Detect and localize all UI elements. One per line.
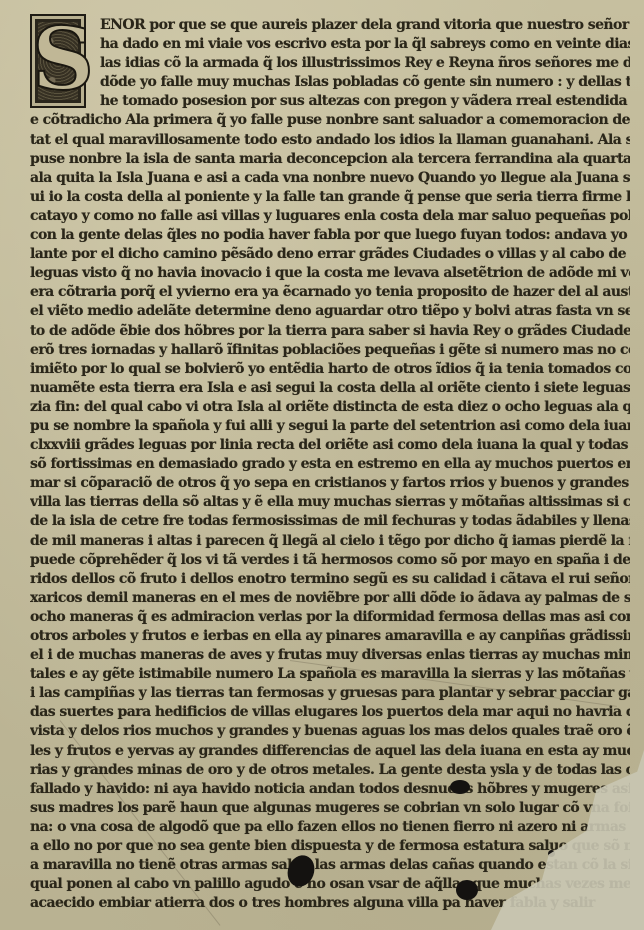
text-line: de mil maneras i altas i parecen q̃ lleg… xyxy=(30,532,630,551)
text-line: catayo y como no falle asi villas y lugu… xyxy=(30,207,630,226)
text-line: mar si cõparaciõ de otros q̃ yo sepa en … xyxy=(30,474,630,493)
text-line: clxxviii grãdes leguas por linia recta d… xyxy=(30,436,630,455)
text-line: imiẽto por lo qual se bolvierõ yo entẽdi… xyxy=(30,360,630,379)
text-line: ui io la costa della al poniente y la fa… xyxy=(30,188,630,207)
text-line: e cõtradicho Ala primera q̃ yo falle pus… xyxy=(30,111,630,130)
text-line: el viẽto medio adelãte determine deno ag… xyxy=(30,302,630,321)
text-line: xaricos demil maneras en el mes de noviẽ… xyxy=(30,589,630,608)
parchment-page: S ENOR por que se que aureis plazer dela… xyxy=(0,0,644,930)
text-line: les y frutos e yervas ay grandes differe… xyxy=(30,742,630,761)
ink-blot xyxy=(456,880,478,900)
text-line: rias y grandes minas de oro y de otros m… xyxy=(30,761,630,780)
text-line: de la isla de cetre fre todas fermosissi… xyxy=(30,512,630,531)
text-line: erõ tres iornadas y hallarõ ĩfinitas pob… xyxy=(30,341,630,360)
text-line: tat el qual maravillosamente todo esto a… xyxy=(30,131,630,150)
text-line: ridos dellos cõ fruto i dellos enotro te… xyxy=(30,570,630,589)
text-line: puse nonbre la isla de santa maria decon… xyxy=(30,150,630,169)
text-line: a ello no por que no sea gente bien disp… xyxy=(30,837,630,856)
text-line: ocho maneras q̃ es admiracion verlas por… xyxy=(30,608,630,627)
text-line: con la gente delas q̃les no podia haver … xyxy=(30,226,630,245)
text-line: era cõtraria porq̃ el yvierno era ya ẽca… xyxy=(30,283,630,302)
text-line: ENOR por que se que aureis plazer dela g… xyxy=(30,16,630,35)
text-line: das suertes para hedificios de villas el… xyxy=(30,703,630,722)
text-line: pu se nombre la spañola y fui alli y seg… xyxy=(30,417,630,436)
text-line: he tomado posesion por sus altezas con p… xyxy=(30,92,630,111)
text-line: sõ fortissimas en demasiado grado y esta… xyxy=(30,455,630,474)
text-line: sus madres los parẽ haun que algunas mug… xyxy=(30,799,630,818)
text-line: zia fin: del qual cabo vi otra Isla al o… xyxy=(30,398,630,417)
text-line: leguas visto q̃ no havia inovacio i que … xyxy=(30,264,630,283)
text-line: a maravilla no tienẽ otras armas saluo l… xyxy=(30,856,630,875)
text-line: fallado y havido: ni aya havido noticia … xyxy=(30,780,630,799)
text-line: villa las tierras della sõ altas y ẽ ell… xyxy=(30,493,630,512)
ink-blot xyxy=(450,780,470,794)
text-line: vista y delos rios muchos y grandes y bu… xyxy=(30,722,630,741)
text-line: ala quita la Isla Juana e asi a cada vna… xyxy=(30,169,630,188)
text-line: otros arboles y frutos e ierbas en ella … xyxy=(30,627,630,646)
text-line: i las campiñas y las tierras tan fermosa… xyxy=(30,684,630,703)
text-line: dõde yo falle muy muchas Islas pobladas … xyxy=(30,73,630,92)
text-line: nuamẽte esta tierra era Isla e asi segui… xyxy=(30,379,630,398)
text-line: puede cõprehẽder q̃ los vi tã verdes i t… xyxy=(30,551,630,570)
text-line: na: o vna cosa de algodõ que pa ello faz… xyxy=(30,818,630,837)
text-line: las idias cõ la armada q̃ los illustriss… xyxy=(30,54,630,73)
text-line: ha dado en mi viaie vos escrivo esta por… xyxy=(30,35,630,54)
text-line: tales e ay gẽte istimabile numero La spa… xyxy=(30,665,630,684)
text-line: to de adõde ẽbie dos hõbres por la tierr… xyxy=(30,322,630,341)
text-line: el i de muchas maneras de aves y frutas … xyxy=(30,646,630,665)
letter-text-block: ENOR por que se que aureis plazer dela g… xyxy=(30,16,630,913)
text-line: lante por el dicho camino pẽsãdo deno er… xyxy=(30,245,630,264)
